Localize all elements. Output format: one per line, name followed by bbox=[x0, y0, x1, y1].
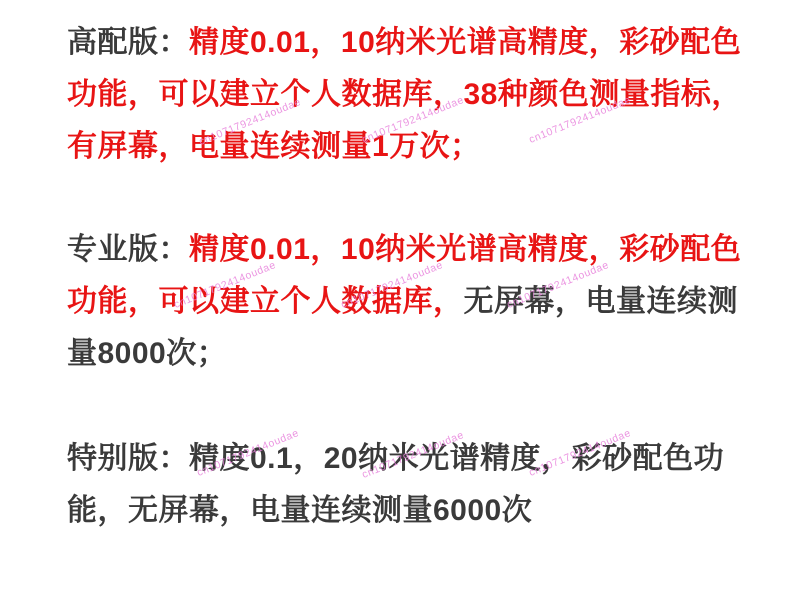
spec-label-text: 能，无屏幕，电量连续测量6000次 bbox=[67, 494, 532, 527]
paragraph-premium-edition: 高配版：精度0.01，10纳米光谱高精度，彩砂配色功能，可以建立个人数据库，38… bbox=[67, 17, 742, 173]
spec-label-text: 特别版：精度0.1，20纳米光谱精度，彩砂配色功 bbox=[67, 442, 724, 475]
product-description-image: 高配版：精度0.01，10纳米光谱高精度，彩砂配色功能，可以建立个人数据库，38… bbox=[0, 0, 790, 602]
paragraph-professional-edition: 专业版：精度0.01，10纳米光谱高精度，彩砂配色功能，可以建立个人数据库，无屏… bbox=[67, 224, 741, 380]
paragraph-special-edition-line-1: 特别版：精度0.1，20纳米光谱精度，彩砂配色功 bbox=[67, 433, 724, 485]
paragraph-special-edition: 特别版：精度0.1，20纳米光谱精度，彩砂配色功能，无屏幕，电量连续测量6000… bbox=[67, 433, 724, 537]
paragraph-professional-edition-line-2: 功能，可以建立个人数据库，无屏幕，电量连续测 bbox=[67, 276, 741, 328]
paragraph-premium-edition-line-3: 有屏幕，电量连续测量1万次； bbox=[67, 121, 742, 173]
highlighted-spec-text: 功能，可以建立个人数据库， bbox=[67, 285, 464, 318]
paragraph-professional-edition-line-3: 量8000次； bbox=[67, 328, 741, 380]
paragraph-special-edition-line-2: 能，无屏幕，电量连续测量6000次 bbox=[67, 485, 724, 537]
highlighted-spec-text: 有屏幕，电量连续测量1万次； bbox=[67, 130, 481, 163]
highlighted-spec-text: 功能，可以建立个人数据库，38种颜色测量指标， bbox=[67, 78, 742, 111]
paragraph-professional-edition-line-1: 专业版：精度0.01，10纳米光谱高精度，彩砂配色 bbox=[67, 224, 741, 276]
spec-label-text: 专业版： bbox=[67, 233, 189, 266]
highlighted-spec-text: 精度0.01，10纳米光谱高精度，彩砂配色 bbox=[189, 26, 741, 59]
paragraph-premium-edition-line-1: 高配版：精度0.01，10纳米光谱高精度，彩砂配色 bbox=[67, 17, 742, 69]
spec-label-text: 高配版： bbox=[67, 26, 189, 59]
spec-label-text: 无屏幕，电量连续测 bbox=[464, 285, 739, 318]
spec-label-text: 量8000次； bbox=[67, 337, 227, 370]
highlighted-spec-text: 精度0.01，10纳米光谱高精度，彩砂配色 bbox=[189, 233, 741, 266]
paragraph-premium-edition-line-2: 功能，可以建立个人数据库，38种颜色测量指标， bbox=[67, 69, 742, 121]
